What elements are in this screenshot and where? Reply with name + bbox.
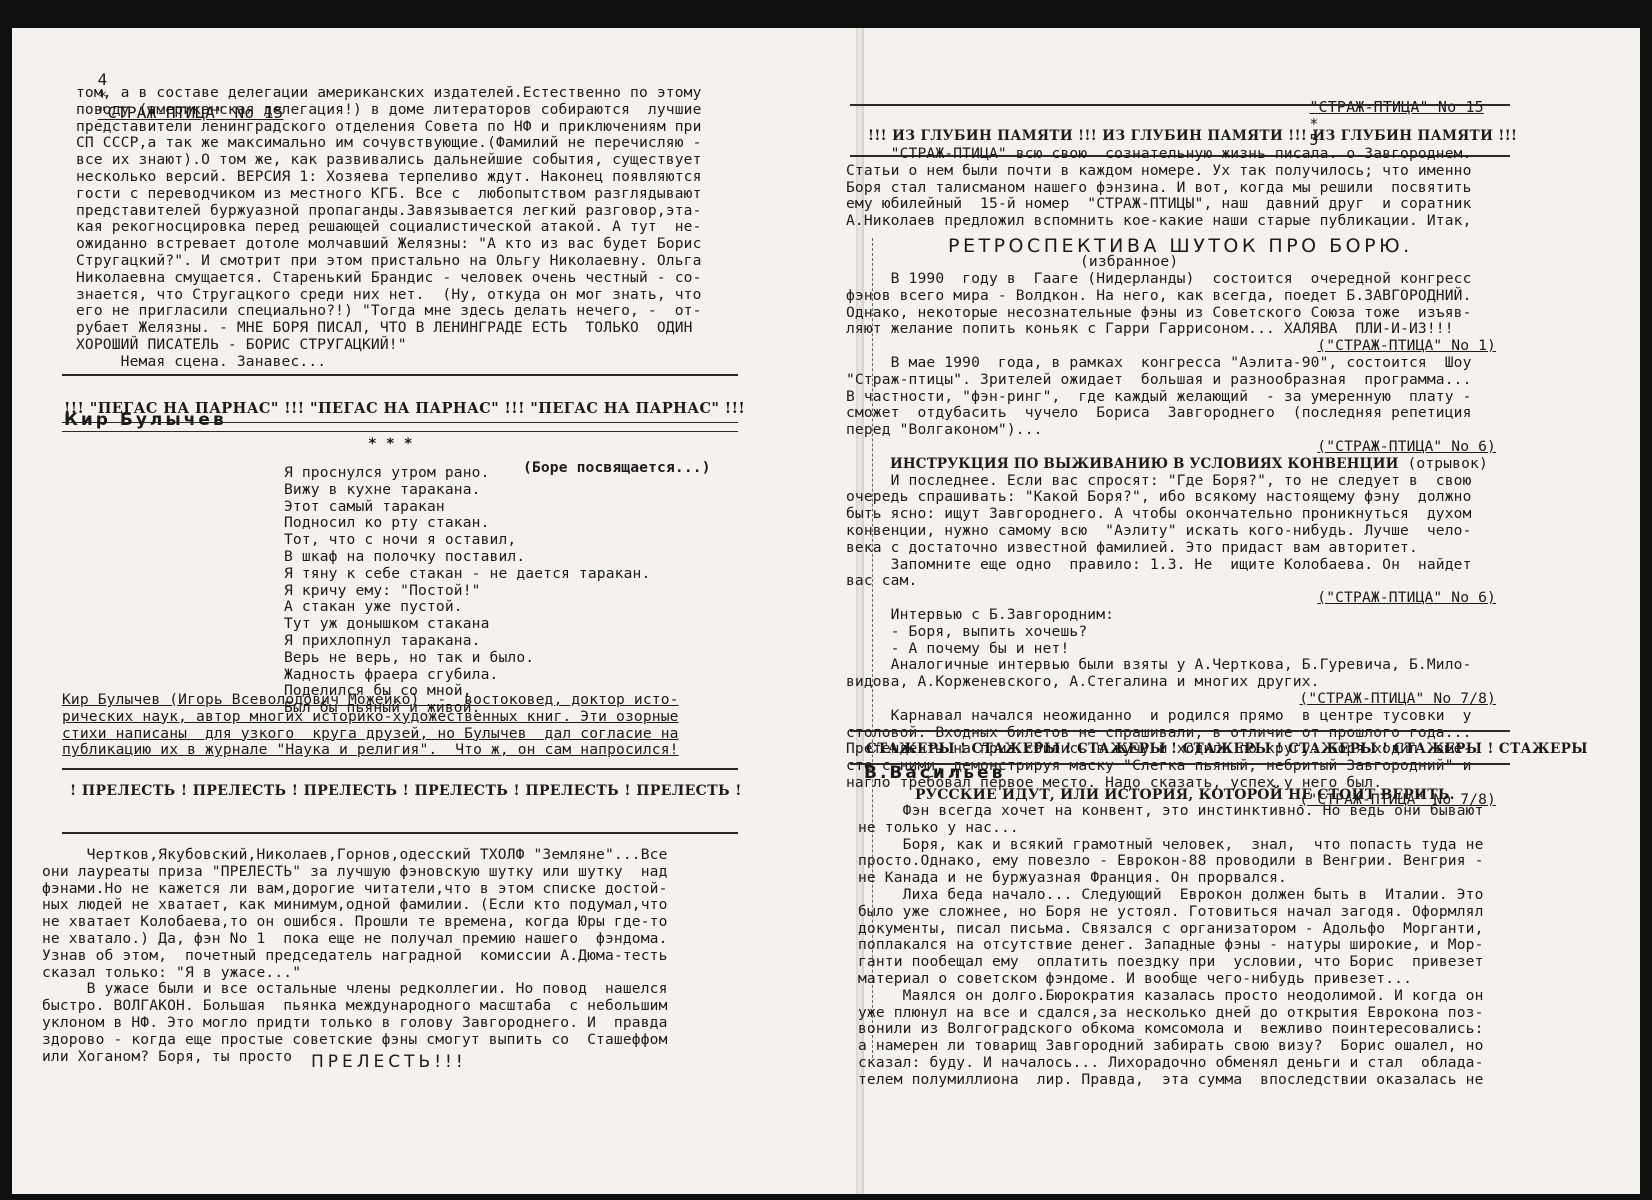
text-line: кая рекогносцировка перед решающей социа… [76,219,702,236]
intro-paragraph: том, а в составе делегации американских … [76,85,702,371]
poem-line: Я прихлопнул таракана. [284,633,650,650]
poem-line: Верь не верь, но так и было. [284,650,650,667]
text-line: Запомните еще одно правило: 1.3. Не ищит… [846,557,1496,574]
text-line: не только у нас... [858,820,1484,837]
text-line: представителей буржуазной пропаганды.Зав… [76,203,702,220]
text-line: ожиданно встревает дотоле молчавший Желя… [76,236,702,253]
intro-paragraph: "СТРАЖ-ПТИЦА" всю свою сознательную жизн… [846,146,1472,230]
text-line: очередь спрашивать: "Какой Боря?", ибо в… [846,489,1496,506]
text-line: Маялся он долго.Бюрократия казалась прос… [858,988,1484,1005]
text-line: Немая сцена. Занавес... [76,354,702,371]
text-line: сказал только: "Я в ужасе..." [42,965,668,982]
note-line: стихи написаны для узкого круга друзей, … [62,726,679,743]
divider [62,832,738,834]
text-line: СП СССР,а так же максимально им сочувств… [76,135,702,152]
text-line: Узнав об этом, почетный председатель наг… [42,948,668,965]
retro-item: В 1990 году в Гааге (Нидерланды) состоит… [846,271,1496,355]
text-line: просто.Однако, ему повезло - Еврокон-88 … [858,853,1484,870]
text-line: гости с переводчиком из местного КГБ. Вс… [76,186,702,203]
poem-line: Этот самый таракан [284,499,650,516]
poem-line: Подносил ко рту стакан. [284,515,650,532]
text-line: ных людей не хватает, как минимум,одной … [42,897,668,914]
retro-item: Интервью с Б.Завгородним: - Боря, выпить… [846,607,1496,708]
text-line: "СТРАЖ-ПТИЦА" всю свою сознательную жизн… [846,146,1472,163]
text-line: поводу (американская делегация!) в доме … [76,102,702,119]
divider [850,730,1510,732]
text-line: том, а в составе делегации американских … [76,85,702,102]
poem-line: Я кричу ему: "Постой!" [284,583,650,600]
text-line: сможет отдубасить чучело Бориса Завгород… [846,405,1496,422]
divider [850,104,1510,106]
text-line: его не пригласили специально?!) "Тогда м… [76,303,702,320]
retro-items: В 1990 году в Гааге (Нидерланды) состоит… [846,271,1496,809]
poem-line: А стакан уже пустой. [284,599,650,616]
text-line: было уже сложнее, но Боря не устоял. Гот… [858,904,1484,921]
text-line: ему юбилейный 15-й номер "СТРАЖ-ПТИЦЫ", … [846,196,1472,213]
citation: ("СТРАЖ-ПТИЦА" No 1) [846,338,1496,355]
text-line: все их знают).О том же, как развивались … [76,152,702,169]
text-line: телем полумиллиона лир. Правда, эта сумм… [858,1072,1484,1089]
text-line: ганти пообещал ему оплатить поездку при … [858,954,1484,971]
text-line: видова, А.Корженевского, А.Стегалина и м… [846,674,1496,691]
text-line: В частности, "фэн-ринг", где каждый жела… [846,389,1496,406]
text-line: ХОРОШИЙ ПИСАТЕЛЬ - БОРИС СТРУГАЦКИЙ!" [76,337,702,354]
text-line: В мае 1990 года, в рамках конгресса "Аэл… [846,355,1496,372]
text-line: не хватало.) Да, фэн No 1 пока еще не по… [42,931,668,948]
citation: ("СТРАЖ-ПТИЦА" No 6) [846,590,1496,607]
divider [62,374,738,376]
story-body: Фэн всегда хочет на конвент, это инстинк… [858,803,1484,1089]
text-line: уже плюнул на все и сдался,за несколько … [858,1005,1484,1022]
text-line: В 1990 году в Гааге (Нидерланды) состоит… [846,271,1496,288]
prelest-paragraph: Чертков,Якубовский,Николаев,Горнов,одесс… [42,847,668,1065]
text-line: В ужасе были и все остальные члены редко… [42,981,668,998]
poem-body: Я проснулся утром рано.Вижу в кухне тара… [284,465,650,717]
text-line: Николаевна смущается. Старенький Брандис… [76,270,702,287]
text-line: поплакался на отсутствие денег. Западные… [858,937,1484,954]
memory-banner: !!! ИЗ ГЛУБИН ПАМЯТИ !!! ИЗ ГЛУБИН ПАМЯТ… [868,128,1517,144]
retro-item: В мае 1990 года, в рамках конгресса "Аэл… [846,355,1496,456]
text-line: Однако, некоторые несознательные фэны из… [846,305,1496,322]
poem-line: Тут уж донышком стакана [284,616,650,633]
poem-line: Вижу в кухне таракана. [284,482,650,499]
story-author: В.Васильев [864,763,1005,783]
text-line: уклоном в НФ. Это могло придти только в … [42,1015,668,1032]
text-line: Интервью с Б.Завгородним: [846,607,1496,624]
text-line: рубает Желязны. - МНЕ БОРЯ ПИСАЛ, ЧТО В … [76,320,702,337]
divider [62,768,738,770]
text-line: документы, писал письма. Связался с орга… [858,921,1484,938]
retro-item-heading: ИНСТРУКЦИЯ ПО ВЫЖИВАНИЮ В УСЛОВИЯХ КОНВЕ… [846,456,1496,473]
text-line: сказал: буду. И началось... Лихорадочно … [858,1055,1484,1072]
text-line: вонили из Волгоградского обкома комсомол… [858,1021,1484,1038]
poem-line: В шкаф на полочку поставил. [284,549,650,566]
text-line: перед "Волгаконом")... [846,422,1496,439]
text-line: И последнее. Если вас спросят: "Где Боря… [846,473,1496,490]
retro-subtitle: (избранное) [1080,254,1178,271]
retro-title: РЕТРОСПЕКТИВА ШУТОК ПРО БОРЮ. [948,235,1413,257]
poem-author: Кир Булычев [64,410,227,430]
text-line: А.Николаев предложил вспомнить кое-какие… [846,213,1472,230]
retro-item: ИНСТРУКЦИЯ ПО ВЫЖИВАНИЮ В УСЛОВИЯХ КОНВЕ… [846,456,1496,607]
poem-line: Я проснулся утром рано. [284,465,650,482]
text-line: фэнами.Но не кажется ли вам,дорогие чита… [42,881,668,898]
note-line: публикацию их в журнале "Наука и религия… [62,742,679,759]
poem-line: Жадность фраера сгубила. [284,667,650,684]
text-line: Лиха беда начало... Следующий Еврокон до… [858,887,1484,904]
text-line: ляют желание попить коньяк с Гарри Гарри… [846,321,1496,338]
text-line: материал о советском фэндоме. И вообще ч… [858,971,1484,988]
text-line: фэнов всего мира - Волдкон. На него, как… [846,288,1496,305]
text-line: они лауреаты приза "ПРЕЛЕСТЬ" за лучшую … [42,864,668,881]
text-line: столовой. Входных билетов не спрашивали,… [846,725,1496,742]
text-line: Боря стал талисманом нашего фэнзина. И в… [846,180,1472,197]
text-line: конвенции, нужно самому всю "Аэлиту" иск… [846,523,1496,540]
note-line: рических наук, автор многих историко-худ… [62,709,679,726]
text-line: несколько версий. ВЕРСИЯ 1: Хозяева терп… [76,169,702,186]
text-line: быть ясно: ищут Завгороднего. А чтобы ок… [846,506,1496,523]
text-line: - Боря, выпить хочешь? [846,624,1496,641]
text-line: Фэн всегда хочет на конвент, это инстинк… [858,803,1484,820]
text-line: века с достаточно известной фамилией. Эт… [846,540,1496,557]
text-line: вас сам. [846,573,1496,590]
text-line: не хватает Колобаева,то он ошибся. Прошл… [42,914,668,931]
text-line: представители ленинградского отделения С… [76,119,702,136]
prelest-banner: ! ПРЕЛЕСТЬ ! ПРЕЛЕСТЬ ! ПРЕЛЕСТЬ ! ПРЕЛЕ… [70,783,742,799]
citation: ("СТРАЖ-ПТИЦА" No 7/8) [846,691,1496,708]
citation: ("СТРАЖ-ПТИЦА" No 6) [846,439,1496,456]
text-line: здорово - когда еще простые советские фэ… [42,1032,668,1049]
text-line: "Страж-птицы". Зрителей ожидает большая … [846,372,1496,389]
text-line: Боря, как и всякий грамотный человек, зн… [858,837,1484,854]
text-line: Аналогичные интервью были взяты у А.Черт… [846,657,1496,674]
text-line: Стругацкий?". И смотрит при этом пристал… [76,253,702,270]
author-note: Кир Булычев (Игорь Всеволодович Можейко)… [62,692,679,759]
text-line: знается, что Стругацкого среди них нет. … [76,287,702,304]
note-line: Кир Булычев (Игорь Всеволодович Можейко)… [62,692,679,709]
stazhery-banner: СТАЖЕРЫ ! СТАЖЕРЫ ! СТАЖЕРЫ ! СТАЖЕРЫ ! … [866,741,1588,757]
poem-line: Я тяну к себе стакан - не дается таракан… [284,566,650,583]
prelest-finale: ПРЕЛЕСТЬ!!! [311,1052,467,1072]
zine-title: "СТРАЖ-ПТИЦА" No 15 [1309,98,1483,116]
poem-stars: * * * [368,436,413,453]
divider [62,431,738,432]
poem-line: Тот, что с ночи я оставил, [284,532,650,549]
text-line: Статьи о нем были почти в каждом номере.… [846,163,1472,180]
text-line: а намерен ли товарищ Завгородний забират… [858,1038,1484,1055]
text-line: Карнавал начался неожиданно и родился пр… [846,708,1496,725]
text-line: не Канада и не буржуазная Франция. Он пр… [858,870,1484,887]
text-line: - А почему бы и нет! [846,641,1496,658]
text-line: Чертков,Якубовский,Николаев,Горнов,одесс… [42,847,668,864]
text-line: быстро. ВОЛГАКОН. Большая пьянка междуна… [42,998,668,1015]
